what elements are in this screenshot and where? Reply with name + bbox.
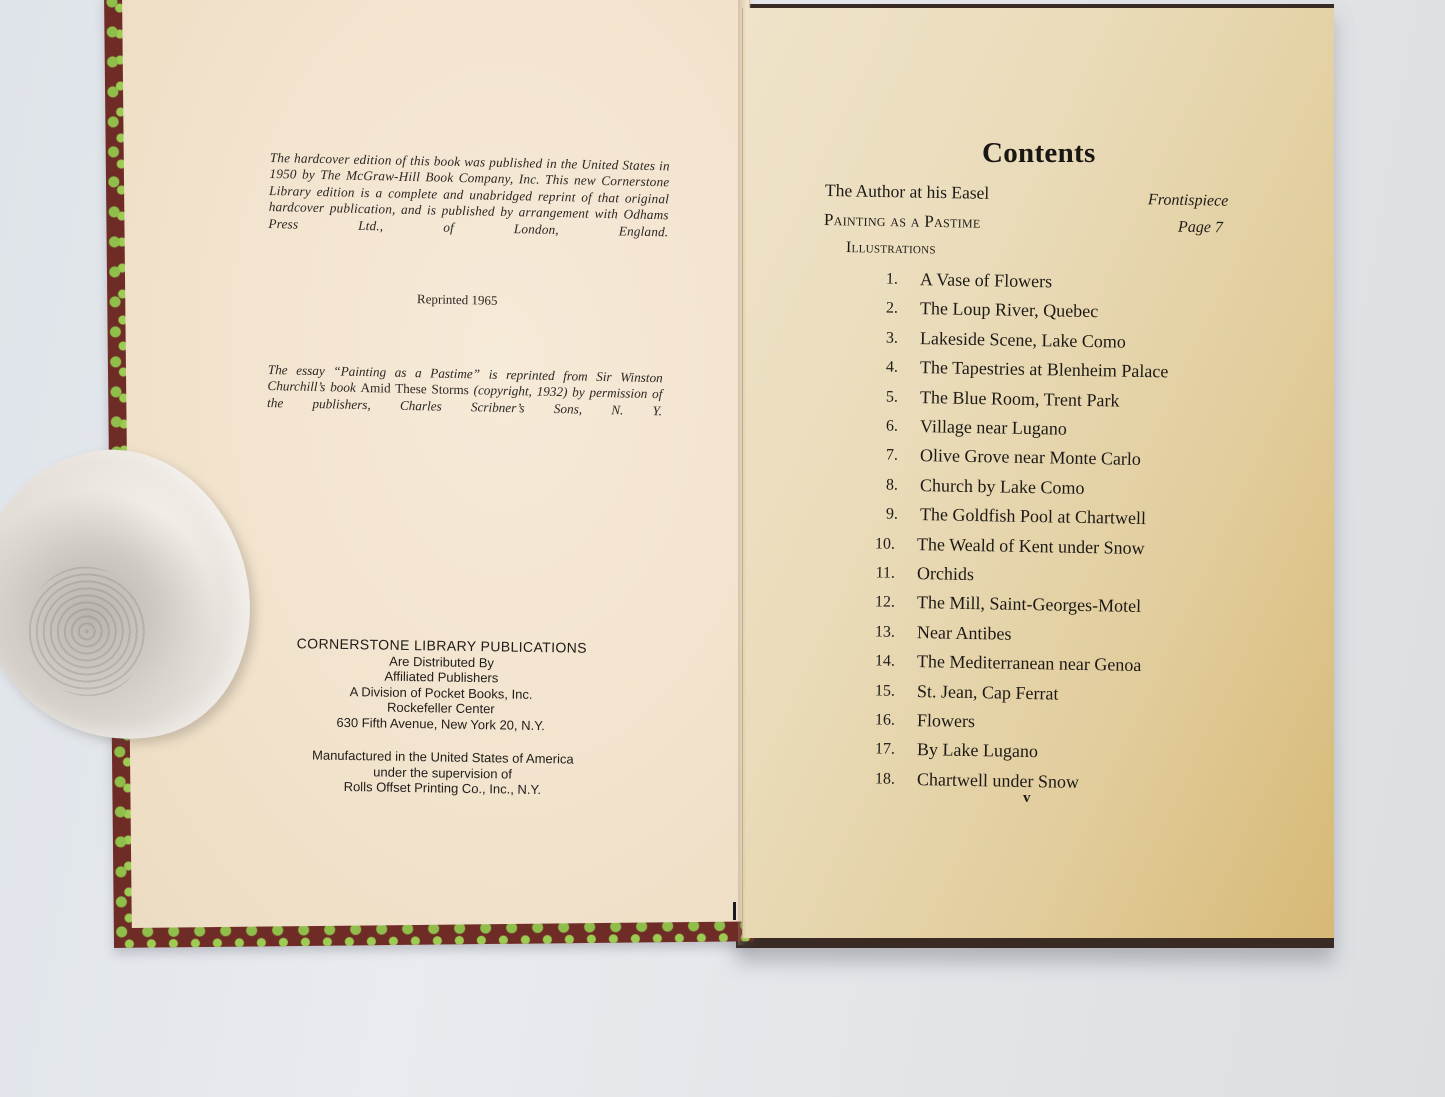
contents-title: Contents bbox=[982, 137, 1096, 170]
illustration-title: The Goldfish Pool at Chartwell bbox=[920, 504, 1146, 529]
illustration-number: 14. bbox=[855, 652, 895, 671]
illustration-number: 5. bbox=[858, 388, 898, 407]
illustration-title: Near Antibes bbox=[917, 622, 1012, 645]
illustration-title: Lakeside Scene, Lake Como bbox=[920, 328, 1126, 353]
imprint-paragraph: The hardcover edition of this book was p… bbox=[268, 150, 670, 240]
illustration-number: 3. bbox=[858, 329, 898, 348]
illustration-title: Village near Lugano bbox=[920, 416, 1067, 440]
illustration-title: By Lake Lugano bbox=[917, 739, 1038, 762]
illustration-title: The Mediterranean near Genoa bbox=[917, 651, 1142, 676]
toc-essay-label: Painting as a Pastime bbox=[824, 210, 981, 233]
illustration-number: 1. bbox=[858, 270, 898, 289]
illustration-title: Olive Grove near Monte Carlo bbox=[920, 445, 1141, 470]
essay-book-title: Amid These Storms bbox=[360, 380, 469, 397]
illustration-number: 2. bbox=[858, 299, 898, 318]
photo-scene: The hardcover edition of this book was p… bbox=[0, 0, 1445, 1097]
illustration-number: 7. bbox=[858, 446, 898, 465]
illustration-title: The Blue Room, Trent Park bbox=[920, 387, 1120, 411]
book-gutter bbox=[738, 0, 752, 945]
illustration-number: 9. bbox=[858, 505, 898, 524]
manufacture-block: Manufactured in the United States of Ame… bbox=[282, 747, 603, 799]
illustration-number: 6. bbox=[858, 417, 898, 436]
illustration-number: 8. bbox=[858, 476, 898, 495]
illustration-number: 18. bbox=[855, 770, 895, 789]
distribution-block: CORNERSTONE LIBRARY PUBLICATIONS Are Dis… bbox=[281, 636, 602, 735]
illustration-title: The Loup River, Quebec bbox=[920, 298, 1099, 322]
illustration-number: 13. bbox=[855, 623, 895, 642]
illustration-title: St. Jean, Cap Ferrat bbox=[917, 681, 1059, 704]
illustration-title: A Vase of Flowers bbox=[920, 269, 1053, 292]
toc-frontispiece-label: The Author at his Easel bbox=[825, 180, 990, 204]
illustration-title: The Mill, Saint-Georges-Motel bbox=[917, 592, 1141, 617]
toc-frontispiece-ref: Frontispiece bbox=[1148, 191, 1229, 210]
illustration-number: 10. bbox=[855, 535, 895, 554]
illustration-title: Chartwell under Snow bbox=[917, 769, 1079, 793]
illustration-number: 12. bbox=[855, 593, 895, 612]
illustration-title: Flowers bbox=[917, 710, 975, 732]
illustration-title: The Tapestries at Blenheim Palace bbox=[920, 357, 1169, 382]
reprint-date: Reprinted 1965 bbox=[417, 291, 498, 309]
essay-permission-note: The essay “Painting as a Pastime” is rep… bbox=[267, 362, 663, 419]
illustration-number: 11. bbox=[855, 564, 895, 583]
illustration-title: Orchids bbox=[917, 563, 974, 585]
illustration-number: 16. bbox=[855, 711, 895, 730]
illustration-title: The Weald of Kent under Snow bbox=[917, 534, 1145, 559]
page-number: v bbox=[1023, 790, 1031, 807]
illustration-number: 15. bbox=[855, 682, 895, 701]
illustration-number: 17. bbox=[855, 740, 895, 759]
toc-illustrations-heading: Illustrations bbox=[846, 239, 936, 259]
illustration-number: 4. bbox=[858, 358, 898, 377]
binding-mark bbox=[733, 902, 736, 920]
illustration-title: Church by Lake Como bbox=[920, 475, 1085, 499]
toc-essay-ref: Page 7 bbox=[1178, 219, 1223, 238]
